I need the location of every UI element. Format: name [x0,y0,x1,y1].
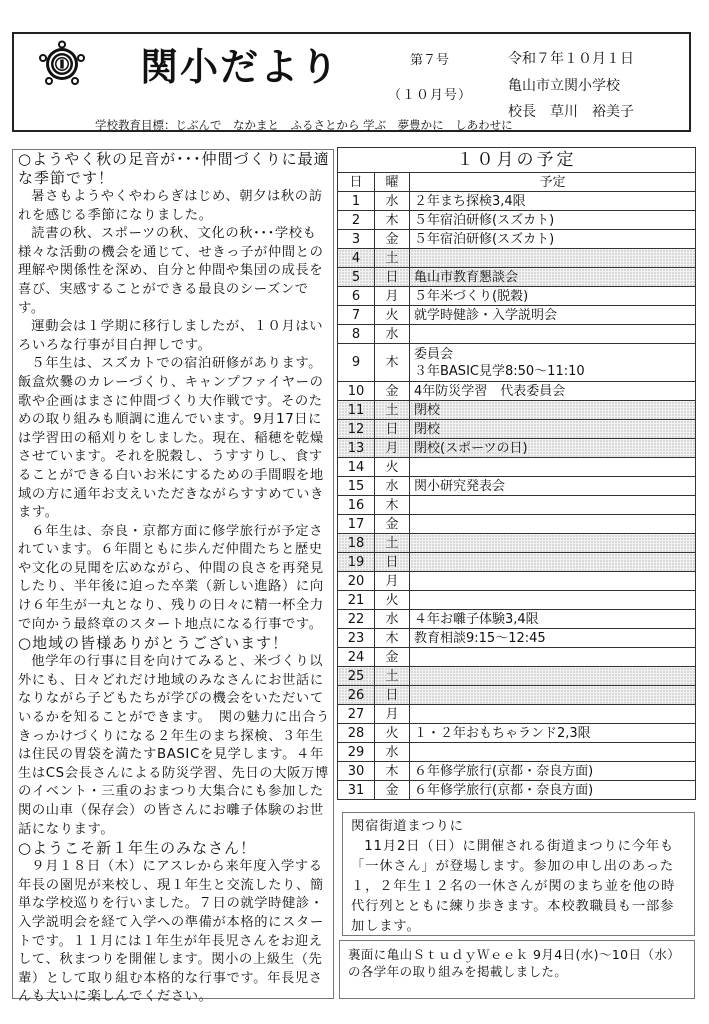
schedule-row: 7火就学時健診・入学説明会 [338,306,696,325]
schedule-weekday: 日 [375,420,410,439]
article-paragraph: 運動会は１学期に移行しましたが、１０月はいろいろな行事が目白押しです。 [18,318,330,355]
schedule-weekday: 土 [375,667,410,686]
schedule-weekday: 金 [375,382,410,401]
schedule-row: 3金５年宿泊研修(スズカト) [338,230,696,249]
schedule-row: 16木 [338,496,696,515]
schedule-weekday: 土 [375,534,410,553]
schedule-event: 委員会３年BASIC見学8:50～11:10 [410,344,696,382]
schedule-row: 20月 [338,572,696,591]
schedule-day: 20 [338,572,375,591]
schedule-weekday: 土 [375,249,410,268]
article-paragraph: ９月１８日（木）にアスレから来年度入学する年長の園児が来校し、現１年生と交流した… [18,858,330,1007]
schedule-row: 25土 [338,667,696,686]
schedule-day: 31 [338,781,375,800]
festival-notice: 関宿街道まつりに 11月2日（日）に開催される街道まつりに今年も「一休さん」が登… [342,812,695,936]
schedule-row: 23木教育相談9:15～12:45 [338,629,696,648]
schedule-event [410,249,696,268]
schedule-day: 6 [338,287,375,306]
schedule-weekday: 木 [375,496,410,515]
schedule-event [410,591,696,610]
schedule-event: ５年米づくり(脱穀) [410,287,696,306]
school-name: 亀山市立関小学校 [508,75,620,95]
schedule-event-line: ３年BASIC見学8:50～11:10 [414,363,691,380]
schedule-row: 28火１・２年おもちゃランド2,3限 [338,724,696,743]
schedule-row: 1水２年まち探検3,4限 [338,192,696,211]
newsletter-title: 関小だより [140,44,340,90]
schedule-event [410,686,696,705]
schedule-event [410,743,696,762]
principal-name: 校長 草川 裕美子 [508,101,634,121]
article-paragraph: ６年生は、奈良・京都方面に修学旅行が予定されています。６年間ともに歩んだ仲間たち… [18,523,330,635]
schedule-event: 就学時健診・入学説明会 [410,306,696,325]
column-header-weekday: 曜 [375,173,410,192]
schedule-header-row: 日 曜 予定 [338,173,696,192]
schedule-row: 13月閉校(スポーツの日) [338,439,696,458]
article-paragraph: 暑さもようやくやわらぎはじめ、朝夕は秋の訪れを感じる季節になりました。 [18,188,330,225]
schedule-event: ６年修学旅行(京都・奈良方面) [410,781,696,800]
schedule-weekday: 水 [375,192,410,211]
schedule-day: 3 [338,230,375,249]
schedule-row: 18土 [338,534,696,553]
article-heading: ○地域の皆様ありがとうございます！ [18,634,330,653]
schedule-row: 21火 [338,591,696,610]
schedule-day: 30 [338,762,375,781]
schedule-weekday: 月 [375,287,410,306]
schedule-day: 9 [338,344,375,382]
study-week-body: 裏面に亀山ＳｔｕｄｙＷｅｅｋ 9月4日(水)～10日（水）の各学年の取り組みを掲… [348,946,686,980]
schedule-event: 閉校(スポーツの日) [410,439,696,458]
schedule-weekday: 木 [375,344,410,382]
schedule-row: 31金６年修学旅行(京都・奈良方面) [338,781,696,800]
article-heading: ○ようやく秋の足音が･･･仲間づくりに最適な季節です！ [18,150,330,188]
schedule-weekday: 木 [375,762,410,781]
issue-number: 第７号 [410,49,449,68]
schedule-title: １０月の予定 [338,148,696,173]
schedule-row: 6月５年米づくり(脱穀) [338,287,696,306]
schedule-day: 1 [338,192,375,211]
schedule-event [410,458,696,477]
schedule-weekday: 日 [375,686,410,705]
article-heading: ○ようこそ新１年生のみなさん！ [18,839,330,858]
schedule-day: 24 [338,648,375,667]
schedule-weekday: 日 [375,268,410,287]
schedule-event [410,705,696,724]
schedule-weekday: 火 [375,306,410,325]
schedule-row: 12日閉校 [338,420,696,439]
schedule-weekday: 火 [375,591,410,610]
schedule-row: 30木６年修学旅行(京都・奈良方面) [338,762,696,781]
article-autumn: ○ようやく秋の足音が･･･仲間づくりに最適な季節です！ 暑さもようやくやわらぎは… [18,150,330,634]
schedule-day: 26 [338,686,375,705]
column-header-event: 予定 [410,173,696,192]
schedule-day: 28 [338,724,375,743]
festival-body: 11月2日（日）に開催される街道まつりに今年も「一休さん」が登場します。参加の申… [351,837,686,937]
schedule-day: 4 [338,249,375,268]
schedule-day: 2 [338,211,375,230]
schedule-event: １・２年おもちゃランド2,3限 [410,724,696,743]
schedule-event: 閉校 [410,420,696,439]
schedule-weekday: 土 [375,401,410,420]
article-paragraph: ５年生は、スズカトでの宿泊研修があります。飯盒炊爨のカレーづくり、キャンプファイ… [18,355,330,522]
schedule-day: 18 [338,534,375,553]
schedule-event: 関小研究発表会 [410,477,696,496]
schedule-weekday: 水 [375,325,410,344]
schedule-weekday: 木 [375,211,410,230]
article-new-students: ○ようこそ新１年生のみなさん！ ９月１８日（木）にアスレから来年度入学する年長の… [18,839,330,1007]
publication-date: 令和７年１０月１日 [508,48,634,68]
schedule-row: 10金4年防災学習 代表委員会 [338,382,696,401]
schedule-event [410,572,696,591]
school-motto: 学校教育目標：じぶんで なかまと ふるさとから 学ぶ 夢豊かに しあわせに [95,117,513,133]
schedule-event [410,648,696,667]
schedule-event [410,515,696,534]
schedule-weekday: 日 [375,553,410,572]
schedule-day: 14 [338,458,375,477]
schedule-event: 教育相談9:15～12:45 [410,629,696,648]
schedule-weekday: 水 [375,477,410,496]
schedule-row: 26日 [338,686,696,705]
article-paragraph: 他学年の行事に目を向けてみると、米づくり以外にも、日々どれだけ地域のみなさんにお… [18,653,330,839]
schedule-weekday: 金 [375,781,410,800]
schedule-day: 27 [338,705,375,724]
issue-month: （１０月号） [388,84,472,103]
schedule-event: 亀山市教育懇談会 [410,268,696,287]
schedule-day: 23 [338,629,375,648]
schedule-event [410,534,696,553]
schedule-weekday: 金 [375,648,410,667]
schedule-day: 15 [338,477,375,496]
schedule-day: 7 [338,306,375,325]
schedule-event [410,325,696,344]
schedule-weekday: 金 [375,230,410,249]
article-community: ○地域の皆様ありがとうございます！ 他学年の行事に目を向けてみると、米づくり以外… [18,634,330,839]
schedule-day: 25 [338,667,375,686]
schedule-event: ５年宿泊研修(スズカト) [410,230,696,249]
schedule-row: 2木５年宿泊研修(スズカト) [338,211,696,230]
schedule-row: 9木委員会３年BASIC見学8:50～11:10 [338,344,696,382]
schedule-weekday: 水 [375,610,410,629]
schedule-day: 10 [338,382,375,401]
schedule-weekday: 月 [375,439,410,458]
schedule-row: 24金 [338,648,696,667]
schedule-event: ６年修学旅行(京都・奈良方面) [410,762,696,781]
schedule-day: 12 [338,420,375,439]
schedule-weekday: 木 [375,629,410,648]
schedule-row: 29水 [338,743,696,762]
article-paragraph: 読書の秋、スポーツの秋、文化の秋･･･学校も様々な活動の機会を通じて、せきっ子が… [18,225,330,318]
schedule-day: 13 [338,439,375,458]
schedule-row: 5日亀山市教育懇談会 [338,268,696,287]
schedule-event [410,496,696,515]
study-week-notice: 裏面に亀山ＳｔｕｄｙＷｅｅｋ 9月4日(水)～10日（水）の各学年の取り組みを掲… [339,940,695,999]
schedule-row: 27月 [338,705,696,724]
schedule-row: 11土閉校 [338,401,696,420]
schedule-day: 5 [338,268,375,287]
schedule-day: 8 [338,325,375,344]
schedule-row: 4土 [338,249,696,268]
schedule-event: 閉校 [410,401,696,420]
schedule-row: 19日 [338,553,696,572]
schedule-event [410,667,696,686]
festival-heading: 関宿街道まつりに [351,817,686,837]
schedule-weekday: 月 [375,572,410,591]
schedule-day: 11 [338,401,375,420]
schedule-weekday: 火 [375,458,410,477]
schedule-day: 16 [338,496,375,515]
october-schedule-table: １０月の予定 日 曜 予定 1水２年まち探検3,4限2木５年宿泊研修(スズカト)… [337,147,696,800]
schedule-event: 4年防災学習 代表委員会 [410,382,696,401]
schedule-event: ２年まち探検3,4限 [410,192,696,211]
articles-column: ○ようやく秋の足音が･･･仲間づくりに最適な季節です！ 暑さもようやくやわらぎは… [18,150,330,1007]
schedule-row: 14火 [338,458,696,477]
schedule-weekday: 月 [375,705,410,724]
schedule-day: 29 [338,743,375,762]
school-emblem-icon [38,40,86,88]
schedule-day: 21 [338,591,375,610]
schedule-row: 8水 [338,325,696,344]
column-header-day: 日 [338,173,375,192]
schedule-weekday: 火 [375,724,410,743]
schedule-day: 17 [338,515,375,534]
schedule-weekday: 金 [375,515,410,534]
schedule-row: 15水関小研究発表会 [338,477,696,496]
schedule-weekday: 水 [375,743,410,762]
schedule-row: 17金 [338,515,696,534]
schedule-row: 22水４年お囃子体験3,4限 [338,610,696,629]
schedule-event [410,553,696,572]
schedule-event-line: 委員会 [414,346,691,363]
schedule-event: ５年宿泊研修(スズカト) [410,211,696,230]
schedule-day: 22 [338,610,375,629]
schedule-day: 19 [338,553,375,572]
schedule-title-row: １０月の予定 [338,148,696,173]
schedule-event: ４年お囃子体験3,4限 [410,610,696,629]
